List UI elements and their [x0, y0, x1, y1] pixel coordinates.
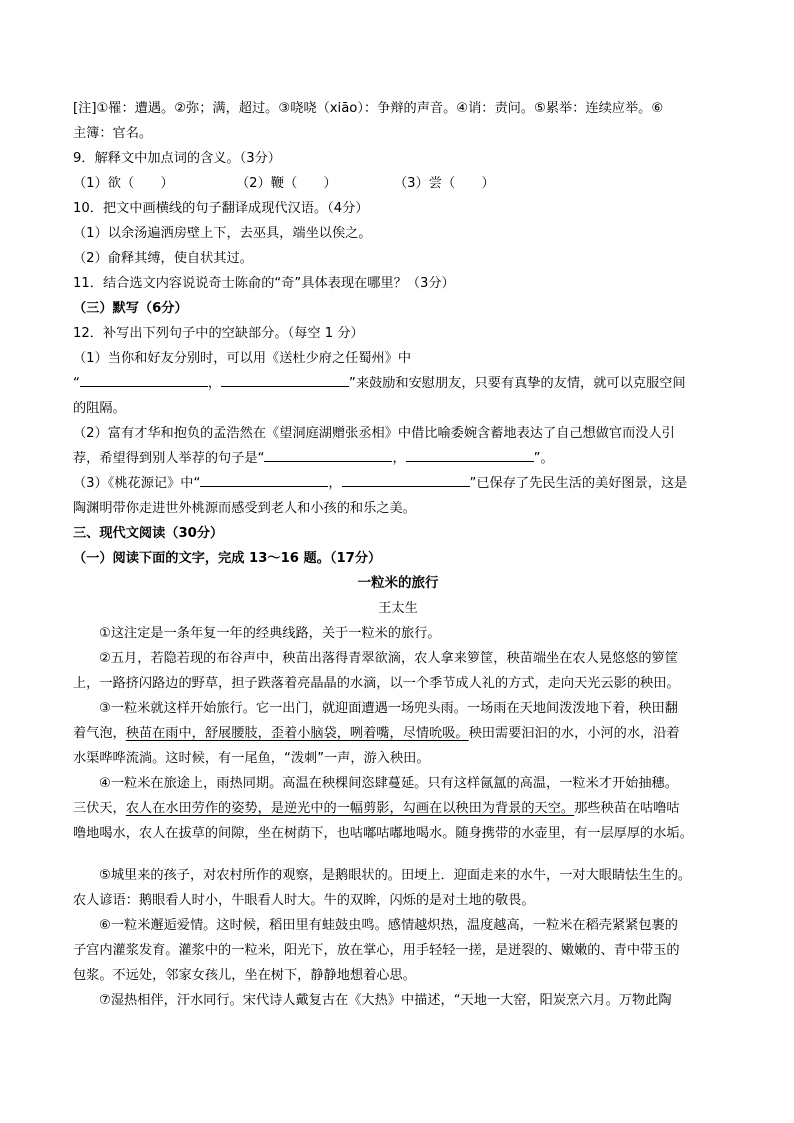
paragraph-1: ①这注定是一条年复一年的经典线路，关于一粒米的旅行。 — [73, 621, 723, 646]
section-3-subheading: （一）阅读下面的文字，完成 13～16 题。（17分） — [73, 546, 723, 571]
paragraph-3-line-2: 着气泡，秧苗在雨中，舒展腰肢，歪着小脑袋，咧着嘴，尽情吮吸。秧田需要汩汩的水，小… — [73, 721, 723, 746]
answer-blank-3[interactable] — [264, 447, 392, 462]
paragraph-3-line-3: 水渠哗哗流淌。这时候，有一尾鱼，“泼刺”一声，游入秧田。 — [73, 746, 723, 771]
paragraph-3-line-1: ③一粒米就这样开始旅行。它一出门，就迎面遭遇一场兜头雨。一场雨在天地间泼泼地下着… — [73, 696, 723, 721]
q10-item-1: （1）以余汤遍洒房壁上下，去巫具，端坐以俟之。 — [73, 221, 723, 246]
article-author: 王太生 — [73, 596, 723, 621]
q10-item-2: （2）俞释其缚，使自状其过。 — [73, 246, 723, 271]
article-title: 一粒米的旅行 — [73, 571, 723, 596]
paragraph-2-line-1: ②五月，若隐若现的布谷声中，秧苗出落得青翠欲滴，农人拿来箩筐，秧苗端坐在农人晃悠… — [73, 646, 723, 671]
q12-item-2-line-2: 荐，希望得到别人举荐的句子是“，”。 — [73, 446, 723, 471]
paragraph-6-line-3: 包浆。不远处，邻家女孩儿，坐在树下，静静地想着心思。 — [73, 963, 723, 988]
underlined-sentence-1: 秧苗在雨中，舒展腰肢，歪着小脑袋，咧着嘴，尽情吮吸。 — [126, 726, 469, 741]
paragraph-4-line-3: 噜地喝水，农人在拔草的间隙，坐在树荫下，也咕嘟咕嘟地喝水。随身携带的水壶里，有一… — [73, 821, 723, 846]
answer-blank-1[interactable] — [80, 372, 208, 387]
question-9-title: 9．解释文中加点词的含义。（3分） — [73, 146, 723, 171]
document-page: [注]①罹：遭遇。②弥；满，超过。③哓哓（xiāo）：争辩的声音。④诮：责问。⑤… — [73, 96, 723, 1013]
q9-item-1: （1）欲（ ） — [73, 171, 236, 196]
paragraph-4-line-2: 三伏天，农人在水田劳作的姿势，是逆光中的一幅剪影，勾画在以秧田为背景的天空。那些… — [73, 796, 723, 821]
paragraph-7-line-1: ⑦湿热相伴，汗水同行。宋代诗人戴复古在《大热》中描述，“天地一大窑，阳炭烹六月。… — [73, 988, 723, 1013]
question-10-title: 10．把文中画横线的句子翻译成现代汉语。（4分） — [73, 196, 723, 221]
q9-item-3: （3）尝（ ） — [394, 171, 495, 196]
answer-blank-4[interactable] — [406, 447, 534, 462]
paragraph-5-line-2: 农人谚语：鹅眼看人时小，牛眼看人时大。牛的双眸，闪烁的是对土地的敬畏。 — [73, 888, 723, 913]
q12-item-3-line-1: （3）《桃花源记》中“，”已保存了先民生活的美好图景，这是 — [73, 471, 723, 496]
answer-blank-2[interactable] — [221, 372, 349, 387]
spacer — [73, 846, 723, 863]
underlined-sentence-2: 农人在水田劳作的姿势，是逆光中的一幅剪影，勾画在以秧田为背景的天空。 — [126, 801, 574, 816]
q12-item-1-line-1: （1）当你和好友分别时，可以用《送杜少府之任蜀州》中 — [73, 346, 723, 371]
question-12-title: 12．补写出下列句子中的空缺部分。（每空 1 分） — [73, 321, 723, 346]
paragraph-6-line-2: 子宫内灌浆发育。灌浆中的一粒米，阳光下，放在掌心，用手轻轻一搓，是迸裂的、嫩嫩的… — [73, 938, 723, 963]
footnote-line-2: 主簿：官名。 — [73, 121, 723, 146]
section-dictation-heading: （三）默写（6分） — [73, 296, 723, 321]
question-11-title: 11．结合选文内容说说奇士陈俞的“奇”具体表现在哪里？（3分） — [73, 271, 723, 296]
answer-blank-6[interactable] — [342, 472, 470, 487]
q12-item-1-line-2: “，”来鼓励和安慰朋友，只要有真挚的友情，就可以克服空间 — [73, 371, 723, 396]
paragraph-4-line-1: ④一粒米在旅途上，雨热同期。高温在秧棵间恣肆蔓延。只有这样氤氲的高温，一粒米才开… — [73, 771, 723, 796]
q9-item-2: （2）鞭（ ） — [236, 171, 394, 196]
section-3-heading: 三、现代文阅读（30分） — [73, 521, 723, 546]
paragraph-6-line-1: ⑥一粒米邂逅爱情。这时候，稻田里有蛙鼓虫鸣。感情越炽热，温度越高，一粒米在稻壳紧… — [73, 913, 723, 938]
answer-blank-5[interactable] — [200, 472, 328, 487]
q12-item-3-line-2: 陶渊明带你走进世外桃源而感受到老人和小孩的和乐之美。 — [73, 496, 723, 521]
question-9-items: （1）欲（ ）（2）鞭（ ）（3）尝（ ） — [73, 171, 723, 196]
q12-item-1-line-3: 的阻隔。 — [73, 396, 723, 421]
paragraph-5-line-1: ⑤城里来的孩子，对农村所作的观察，是鹅眼状的。田埂上．迎面走来的水牛，一对大眼睛… — [73, 863, 723, 888]
footnote-line-1: [注]①罹：遭遇。②弥；满，超过。③哓哓（xiāo）：争辩的声音。④诮：责问。⑤… — [73, 96, 723, 121]
paragraph-2-line-2: 上，一路挤闪路边的野草，担子跌落着亮晶晶的水滴，以一个季节成人礼的方式，走向天光… — [73, 671, 723, 696]
q12-item-2-line-1: （2）富有才华和抱负的孟浩然在《望洞庭湖赠张丞相》中借比喻委婉含蓄地表达了自己想… — [73, 421, 723, 446]
